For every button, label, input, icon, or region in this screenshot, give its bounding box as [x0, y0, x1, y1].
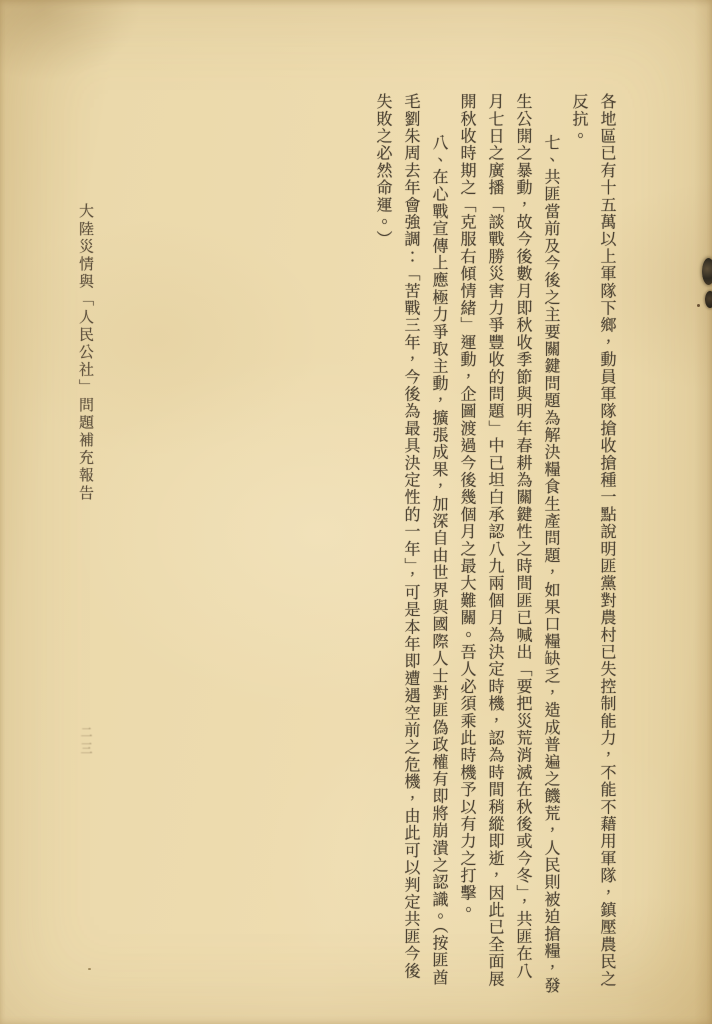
body-text-block: 各地區已有十五萬以上軍隊下鄉，動員軍隊搶收搶種一點說明匪黨對農村已失控制能力，不… — [368, 93, 620, 990]
text-column-1: 各地區已有十五萬以上軍隊下鄉，動員軍隊搶收搶種一點說明匪黨對農村已失控制能力，不… — [592, 93, 620, 990]
text-column-7-item-8: 八、在心戰宣傳上應極力爭取主動，擴張成果，加深自由世界與國際人士對匪偽政權有即將… — [424, 93, 452, 990]
scanned-page: 各地區已有十五萬以上軍隊下鄉，動員軍隊搶收搶種一點說明匪黨對農村已失控制能力，不… — [0, 0, 712, 1024]
text-column-8: 毛劉朱周去年會強調：「苦戰三年，今後為最具決定性的一年」，可是本年即遭遇空前之危… — [396, 93, 424, 990]
paper-edge-shading — [694, 0, 712, 1024]
ink-speck — [88, 968, 91, 970]
text-column-2: 反抗。 — [564, 93, 592, 990]
ink-speck — [697, 304, 700, 307]
text-column-6: 開秋收時期之「克服右傾情緒」運動，企圖渡過今後幾個月之最大難關。吾人必須乘此時機… — [452, 93, 480, 990]
ink-stain — [702, 258, 712, 285]
page-number: 二三 — [78, 726, 95, 758]
text-column-3-item-7: 七、共匪當前及今後之主要關鍵問題為解決糧食生產問題，如果口糧缺乏，造成普遍之饑荒… — [536, 93, 564, 990]
text-column-9: 失敗之必然命運。） — [368, 93, 396, 990]
ink-stain — [705, 291, 712, 308]
text-column-4: 生公開之暴動，故今後數月即秋收季節與明年春耕為關鍵性之時間匪已喊出「要把災荒消滅… — [508, 93, 536, 990]
margin-title: 大陸災情與「人民公社」問題補充報告 — [75, 203, 96, 533]
text-column-5: 月七日之廣播「談戰勝災害力爭豐收的問題」中已坦白承認八九兩個月為決定時機，認為時… — [480, 93, 508, 990]
